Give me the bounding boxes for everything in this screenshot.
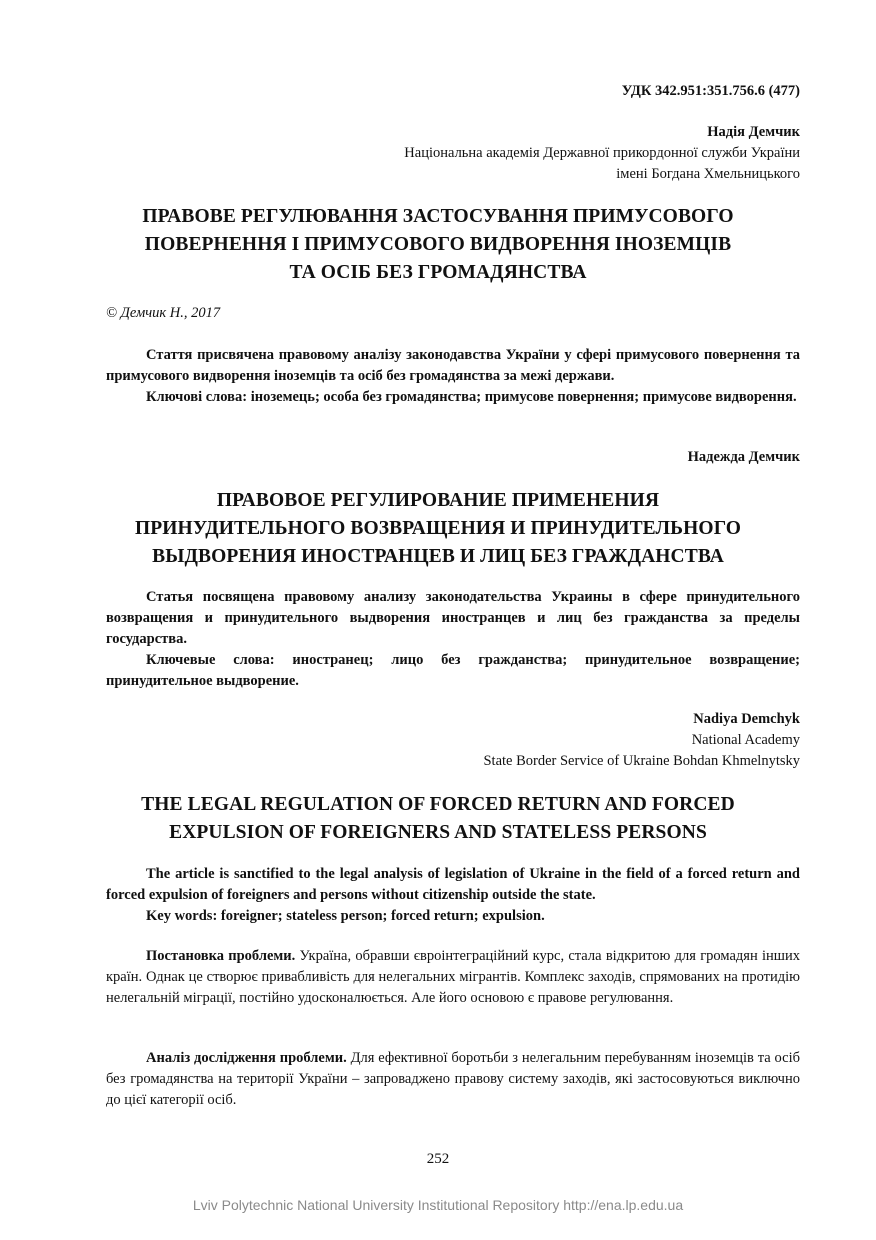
ru-title-line: ПРИНУДИТЕЛЬНОГО ВОЗВРАЩЕНИЯ И ПРИНУДИТЕЛ… [76,515,800,543]
ru-title-line: ВЫДВОРЕНИЯ ИНОСТРАНЦЕВ И ЛИЦ БЕЗ ГРАЖДАН… [76,543,800,571]
ru-abstract: Статья посвящена правовому анализу закон… [106,587,800,650]
ua-affiliation-line: Національна академія Державної прикордон… [404,145,800,162]
ru-author-name: Надежда Демчик [688,449,800,466]
en-affiliation-line: National Academy [692,732,800,749]
document-page: УДК 342.951:351.756.6 (477) Надія Демчик… [0,0,876,1240]
udk-code: УДК 342.951:351.756.6 (477) [622,83,800,100]
ru-keywords: Ключевые слова: иностранец; лицо без гра… [106,650,800,692]
ua-author-name: Надія Демчик [707,124,800,141]
ua-title: ПРАВОВЕ РЕГУЛЮВАННЯ ЗАСТОСУВАННЯ ПРИМУСО… [76,203,800,287]
en-title-line: THE LEGAL REGULATION OF FORCED RETURN AN… [76,791,800,819]
en-abstract-block: The article is sanctified to the legal a… [106,864,800,927]
section-heading: Аналіз дослідження проблеми. [146,1050,347,1066]
ua-affiliation-line: імені Богдана Хмельницького [616,166,800,183]
en-title-line: EXPULSION OF FOREIGNERS AND STATELESS PE… [76,819,800,847]
ua-keywords: Ключові слова: іноземець; особа без гром… [106,387,800,408]
body-paragraph: Постановка проблеми. Україна, обравши єв… [106,946,800,1009]
ua-title-line: ПОВЕРНЕННЯ І ПРИМУСОВОГО ВИДВОРЕННЯ ІНОЗ… [76,231,800,259]
ua-abstract-block: Стаття присвячена правовому аналізу зако… [106,345,800,408]
section-heading: Постановка проблеми. [146,948,295,964]
ru-title-line: ПРАВОВОЕ РЕГУЛИРОВАНИЕ ПРИМЕНЕНИЯ [76,487,800,515]
body-section-problem: Постановка проблеми. Україна, обравши єв… [106,946,800,1009]
en-author-name: Nadiya Demchyk [693,711,800,728]
ua-abstract: Стаття присвячена правовому аналізу зако… [106,345,800,387]
en-keywords: Key words: foreigner; stateless person; … [106,906,800,927]
page-number: 252 [0,1151,876,1168]
en-abstract: The article is sanctified to the legal a… [106,864,800,906]
en-affiliation-line: State Border Service of Ukraine Bohdan K… [483,753,800,770]
en-title: THE LEGAL REGULATION OF FORCED RETURN AN… [76,791,800,847]
ua-title-line: ПРАВОВЕ РЕГУЛЮВАННЯ ЗАСТОСУВАННЯ ПРИМУСО… [76,203,800,231]
body-paragraph: Аналіз дослідження проблеми. Для ефектив… [106,1048,800,1111]
ru-abstract-block: Статья посвящена правовому анализу закон… [106,587,800,692]
body-section-analysis: Аналіз дослідження проблеми. Для ефектив… [106,1048,800,1111]
copyright-notice: © Демчик Н., 2017 [106,305,220,322]
ua-title-line: ТА ОСІБ БЕЗ ГРОМАДЯНСТВА [76,259,800,287]
repository-footer: Lviv Polytechnic National University Ins… [0,1197,876,1213]
ru-title: ПРАВОВОЕ РЕГУЛИРОВАНИЕ ПРИМЕНЕНИЯ ПРИНУД… [76,487,800,571]
